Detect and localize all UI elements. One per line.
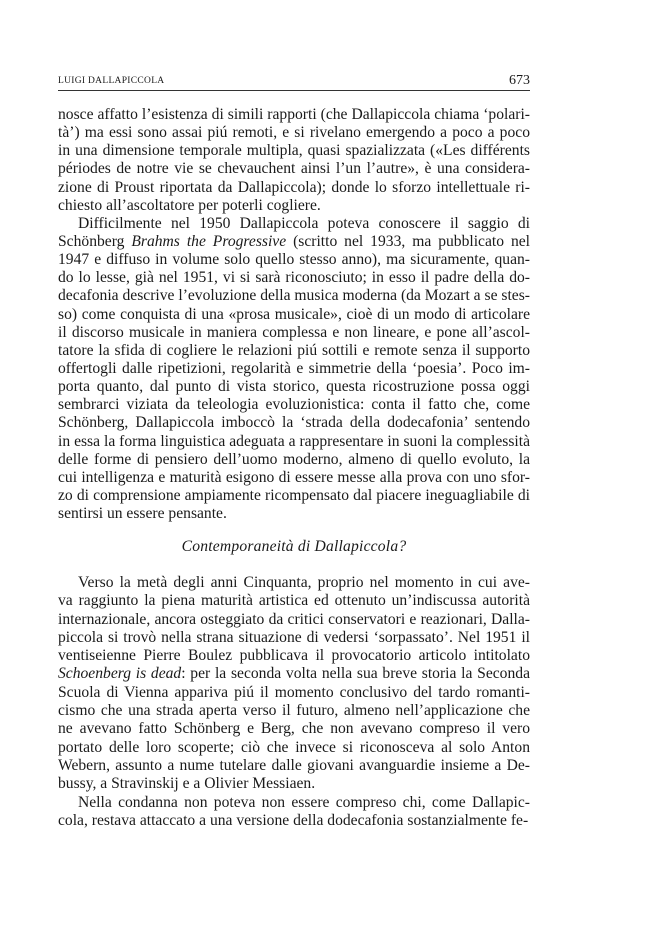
text-line: Schönberg Brahms the Progressive (scritt… [58,233,530,251]
text-line: nosce affatto l’esistenza di simili rapp… [58,106,530,124]
text-line: chiesto all’ascoltatore per poterli cogl… [58,197,530,215]
section-heading: Contemporaneità di Dallapiccola? [58,538,530,556]
text-line: in essa la forma linguistica adeguata a … [58,433,530,451]
text-line: delle forme di pensiero dell’uomo modern… [58,451,530,469]
text-line: Schönberg, Dallapiccola imboccò la ‘stra… [58,414,530,432]
text-line: cui intelligenza e maturità esigono di e… [58,469,530,487]
text-line: piccola si trovò nella strana situazione… [58,629,530,647]
text-line: périodes de notre vie se chevauchent ain… [58,160,530,178]
text-line: so) come conquista di una «prosa musical… [58,306,530,324]
text-line: porta quanto, dal punto di vista storico… [58,378,530,396]
text-line: il discorso musicale in maniera compless… [58,324,530,342]
text-line: offertogli dalle ripetizioni, regolarità… [58,360,530,378]
text-line: Difficilmente nel 1950 Dallapiccola pote… [58,215,530,233]
section-1-body: nosce affatto l’esistenza di simili rapp… [58,106,530,523]
paragraph: Verso la metà degli anni Cinquanta, prop… [58,574,530,794]
text-line: decafonia descrive l’evoluzione della mu… [58,287,530,305]
running-head: LUIGI DALLAPICCOLA 673 [58,72,530,91]
text-line: internazionale, ancora osteggiato da cri… [58,611,530,629]
text-line: sembrarci viziata da teleologia evoluzio… [58,396,530,414]
text-line: zo di comprensione ampiamente ricompensa… [58,487,530,505]
text-line: ventiseienne Pierre Boulez pubblicava il… [58,647,530,665]
text-line: tà’) ma essi sono assai piú remoti, e si… [58,124,530,142]
running-head-author: LUIGI DALLAPICCOLA [58,76,164,86]
page-number: 673 [509,73,530,89]
text-line: zione di Proust riportata da Dallapiccol… [58,179,530,197]
paragraph: Nella condanna non poteva non essere com… [58,794,530,831]
paragraph: nosce affatto l’esistenza di simili rapp… [58,106,530,215]
text-line: Schoenberg is dead: per la seconda volta… [58,665,530,683]
text-line: cola, restava attaccato a una versione d… [58,812,530,830]
section-2-body: Verso la metà degli anni Cinquanta, prop… [58,574,530,830]
text-line: cismo che una strada aperta verso il fut… [58,702,530,720]
text-line: sentirsi un essere pensante. [58,505,530,523]
paragraph: Difficilmente nel 1950 Dallapiccola pote… [58,215,530,523]
text-line: do lo lesse, già nel 1951, vi si sarà ri… [58,269,530,287]
italic-title: Brahms the Progressive [131,233,286,250]
text-line: Verso la metà degli anni Cinquanta, prop… [58,574,530,592]
text-line: portato delle loro scoperte; ciò che inv… [58,739,530,757]
text-line: va raggiunto la piena maturità artistica… [58,592,530,610]
text-line: bussy, a Stravinskij e a Olivier Messiae… [58,775,530,793]
text-line: ne avevano fatto Schönberg e Berg, che n… [58,720,530,738]
text-line: 1947 e diffuso in volume solo quello ste… [58,251,530,269]
text-line: Nella condanna non poteva non essere com… [58,794,530,812]
text-line: tatore la sfida di cogliere le relazioni… [58,342,530,360]
italic-title: Schoenberg is dead [58,665,181,682]
text-line: Scuola di Vienna appariva piú il momento… [58,684,530,702]
text-line: in una dimensione temporale multipla, qu… [58,142,530,160]
text-line: Webern, assunto a nume tutelare dalle gi… [58,757,530,775]
